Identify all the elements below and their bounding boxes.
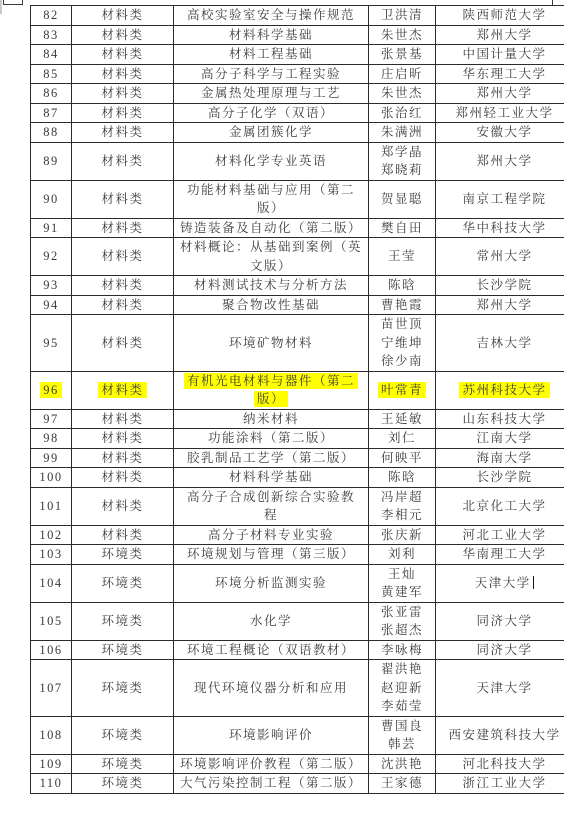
cell-university[interactable]: 华中科技大学	[436, 218, 564, 238]
cell-title[interactable]: 水化学	[174, 602, 369, 640]
cell-line: 同济大学	[438, 612, 564, 631]
cell-category[interactable]: 材料类	[72, 429, 174, 449]
cell-number[interactable]: 110	[31, 774, 72, 794]
cell-text: 常州大学	[476, 249, 532, 263]
cell-number[interactable]: 102	[31, 525, 72, 545]
cell-line: 材料科学基础	[176, 26, 366, 45]
cell-category[interactable]: 材料类	[72, 123, 174, 143]
cell-number[interactable]: 89	[31, 142, 72, 180]
cell-text: 山东科技大学	[462, 412, 546, 426]
cell-line: 101	[33, 497, 69, 516]
cell-text: 材料类	[101, 278, 143, 292]
cell-line: 刘仁	[371, 429, 433, 448]
cell-number[interactable]: 88	[31, 123, 72, 143]
cell-text: 水化学	[250, 614, 292, 628]
cell-text: 101	[39, 499, 62, 513]
cell-category[interactable]: 材料类	[72, 448, 174, 468]
cell-line: 郑州大学	[438, 26, 564, 45]
table-row: 87材料类高分子化学（双语）张治红郑州轻工业大学	[31, 103, 564, 123]
cell-university[interactable]: 河北工业大学	[436, 525, 564, 545]
table-row: 110环境类大气污染控制工程（第二版）王家德浙江工业大学	[31, 774, 564, 794]
cell-text: 材料测试技术与分析方法	[194, 278, 348, 292]
cell-number[interactable]: 82	[31, 6, 72, 26]
cell-line: 材料测试技术与分析方法	[176, 276, 366, 295]
cell-text: 104	[39, 576, 62, 590]
cell-title[interactable]: 铸造装备及自动化（第二版）	[174, 218, 369, 238]
cell-title[interactable]: 环境矿物材料	[174, 315, 369, 372]
cell-line: 陈晗	[371, 468, 433, 487]
cell-text: 铸造装备及自动化（第二版）	[180, 221, 362, 235]
cell-line: 高校实验室安全与操作规范	[176, 6, 366, 25]
cell-line: 李茹莹	[371, 697, 433, 716]
cell-line: 92	[33, 247, 69, 266]
cell-text: 99	[43, 451, 59, 465]
cell-text: 106	[39, 643, 62, 657]
cell-line: 郑州大学	[438, 84, 564, 103]
cell-title[interactable]: 材料化学专业英语	[174, 142, 369, 180]
cell-line: 现代环境仪器分析和应用	[176, 679, 366, 698]
cell-line: 庄启昕	[371, 65, 433, 84]
cell-title[interactable]: 高分子材料专业实验	[174, 525, 369, 545]
cell-text: 材料类	[101, 298, 143, 312]
cell-category[interactable]: 环境类	[72, 774, 174, 794]
cell-university[interactable]: 郑州大学	[436, 84, 564, 104]
cell-category[interactable]: 材料类	[72, 142, 174, 180]
cell-line: 朱满洲	[371, 123, 433, 142]
cell-text: 胶乳制品工艺学（第二版）	[187, 451, 355, 465]
cell-number[interactable]: 83	[31, 25, 72, 45]
cell-authors[interactable]: 沈洪艳	[369, 754, 436, 774]
cell-line: 材料科学基础	[176, 468, 366, 487]
table-row: 100材料类材料科学基础陈晗长沙学院	[31, 468, 564, 488]
cell-number[interactable]: 90	[31, 180, 72, 218]
cell-text: 85	[43, 67, 59, 81]
cell-line: 材料概论：从基础到案例（英	[176, 238, 366, 257]
cell-text: 江南大学	[476, 431, 532, 445]
cell-authors[interactable]: 樊自田	[369, 218, 436, 238]
cell-text: 材料类	[101, 470, 143, 484]
cell-text: 功能材料基础与应用（第二	[187, 183, 355, 197]
cropped-table-remnant-left	[3, 0, 23, 5]
cell-text: 纳米材料	[243, 412, 299, 426]
cell-line: 冯岸超	[371, 488, 433, 507]
cell-line: 陈晗	[371, 276, 433, 295]
cell-university[interactable]: 中国计量大学	[436, 45, 564, 65]
cell-university[interactable]: 南京工程学院	[436, 180, 564, 218]
cell-authors[interactable]: 翟洪艳赵迎新李茹莹	[369, 660, 436, 717]
cell-authors[interactable]: 陈晗	[369, 468, 436, 488]
cell-line: 105	[33, 612, 69, 631]
cell-university[interactable]: 郑州大学	[436, 295, 564, 315]
cell-category[interactable]: 材料类	[72, 276, 174, 296]
cell-line: 铸造装备及自动化（第二版）	[176, 219, 366, 238]
cell-text: 何映平	[381, 451, 423, 465]
cell-category[interactable]: 材料类	[72, 103, 174, 123]
cell-authors[interactable]: 曹国良韩芸	[369, 716, 436, 754]
cell-authors[interactable]: 陈晗	[369, 276, 436, 296]
cell-category[interactable]: 环境类	[72, 545, 174, 565]
cell-number[interactable]: 99	[31, 448, 72, 468]
cell-category[interactable]: 环境类	[72, 640, 174, 660]
cell-title[interactable]: 高分子化学（双语）	[174, 103, 369, 123]
cell-line: 104	[33, 574, 69, 593]
cell-text: 材料科学基础	[229, 470, 313, 484]
cell-university[interactable]: 天津大学	[436, 564, 564, 602]
cell-authors[interactable]: 王灿黄建军	[369, 564, 436, 602]
cell-line: 张景基	[371, 45, 433, 64]
cell-line: 功能涂料（第二版）	[176, 429, 366, 448]
cell-line: 97	[33, 410, 69, 429]
cell-number[interactable]: 86	[31, 84, 72, 104]
cell-text: 环境分析监测实验	[215, 576, 327, 590]
cell-line: 金属团簇化学	[176, 123, 366, 142]
cell-category[interactable]: 材料类	[72, 371, 174, 409]
cell-text: 90	[43, 192, 59, 206]
cell-title[interactable]: 功能材料基础与应用（第二版）	[174, 180, 369, 218]
cell-text: 曹国良	[381, 719, 423, 733]
table-row: 86材料类金属热处理原理与工艺朱世杰郑州大学	[31, 84, 564, 104]
cell-number[interactable]: 85	[31, 64, 72, 84]
cell-university[interactable]: 长沙学院	[436, 276, 564, 296]
cell-authors[interactable]: 王莹	[369, 238, 436, 276]
cell-authors[interactable]: 卫洪清	[369, 6, 436, 26]
cell-text: 功能涂料（第二版）	[208, 431, 334, 445]
cell-line: 83	[33, 26, 69, 45]
cell-university[interactable]: 华东理工大学	[436, 64, 564, 84]
cell-text: 冯岸超	[381, 490, 423, 504]
cell-number[interactable]: 103	[31, 545, 72, 565]
cell-text: 材料类	[101, 154, 143, 168]
cell-category[interactable]: 环境类	[72, 754, 174, 774]
cell-number[interactable]: 97	[31, 409, 72, 429]
cell-category[interactable]: 环境类	[72, 660, 174, 717]
cell-line: 程	[176, 506, 366, 525]
cell-text: 文版）	[250, 259, 292, 273]
cell-line: 张亚雷	[371, 603, 433, 622]
cell-line: 叶常青	[371, 381, 433, 400]
cell-category[interactable]: 材料类	[72, 25, 174, 45]
cell-title[interactable]: 环境规划与管理（第三版）	[174, 545, 369, 565]
cell-authors[interactable]: 郑学晶郑晓莉	[369, 142, 436, 180]
cell-text: 环境类	[101, 576, 143, 590]
cell-text: 环境类	[101, 776, 143, 790]
cell-line: 87	[33, 104, 69, 123]
table-row: 93材料类材料测试技术与分析方法陈晗长沙学院	[31, 276, 564, 296]
cell-line: 聚合物改性基础	[176, 296, 366, 315]
cell-line: 材料工程基础	[176, 45, 366, 64]
cell-text: 材料类	[101, 8, 143, 22]
cell-category[interactable]: 环境类	[72, 602, 174, 640]
cell-line: 苏州科技大学	[438, 381, 564, 400]
cell-line: 材料类	[74, 104, 171, 123]
cell-line: 环境工程概论（双语教材）	[176, 641, 366, 660]
cell-authors[interactable]: 贺显聪	[369, 180, 436, 218]
cell-line: 环境矿物材料	[176, 334, 366, 353]
cell-line: 陕西师范大学	[438, 6, 564, 25]
cell-text: 材料类	[101, 499, 143, 513]
cell-title[interactable]: 高分子合成创新综合实验教程	[174, 487, 369, 525]
cell-title[interactable]: 环境影响评价教程（第二版）	[174, 754, 369, 774]
cell-category[interactable]: 材料类	[72, 315, 174, 372]
cell-category[interactable]: 环境类	[72, 564, 174, 602]
cell-line: 朱世杰	[371, 84, 433, 103]
cell-university[interactable]: 常州大学	[436, 238, 564, 276]
cell-line: 材料类	[74, 190, 171, 209]
cell-title[interactable]: 环境分析监测实验	[174, 564, 369, 602]
cell-line: 环境类	[74, 774, 171, 793]
cell-text: 材料类	[101, 336, 143, 350]
cell-category[interactable]: 材料类	[72, 84, 174, 104]
cell-line: 85	[33, 65, 69, 84]
table-row: 89材料类材料化学专业英语郑学晶郑晓莉郑州大学	[31, 142, 564, 180]
cell-title[interactable]: 环境影响评价	[174, 716, 369, 754]
cell-number[interactable]: 98	[31, 429, 72, 449]
cell-number[interactable]: 93	[31, 276, 72, 296]
cell-number[interactable]: 94	[31, 295, 72, 315]
cell-text: 朱满洲	[381, 125, 423, 139]
cell-title[interactable]: 材料科学基础	[174, 25, 369, 45]
cell-university[interactable]: 郑州轻工业大学	[436, 103, 564, 123]
cell-title[interactable]: 高校实验室安全与操作规范	[174, 6, 369, 26]
cell-category[interactable]: 材料类	[72, 180, 174, 218]
cell-category[interactable]: 材料类	[72, 238, 174, 276]
cell-text: 朱世杰	[381, 28, 423, 42]
cell-text: 材料类	[101, 67, 143, 81]
cell-line: 功能材料基础与应用（第二	[176, 181, 366, 200]
cell-university[interactable]: 苏州科技大学	[436, 371, 564, 409]
cell-university[interactable]: 浙江工业大学	[436, 774, 564, 794]
cell-text: 天津大学	[476, 681, 532, 695]
cell-number[interactable]: 91	[31, 218, 72, 238]
cell-number[interactable]: 87	[31, 103, 72, 123]
table-row: 108环境类环境影响评价曹国良韩芸西安建筑科技大学	[31, 716, 564, 754]
cell-line: 版）	[176, 199, 366, 218]
cell-university[interactable]: 长沙学院	[436, 468, 564, 488]
cell-title[interactable]: 聚合物改性基础	[174, 295, 369, 315]
cell-authors[interactable]: 苗世顶宁维坤徐少南	[369, 315, 436, 372]
page-edge-artifact-bar	[0, 0, 2, 14]
cell-number[interactable]: 92	[31, 238, 72, 276]
cell-text: 材料工程基础	[229, 47, 313, 61]
cell-line: 材料类	[74, 410, 171, 429]
cell-text: 108	[39, 728, 62, 742]
cell-authors[interactable]: 叶常青	[369, 371, 436, 409]
cell-title[interactable]: 有机光电材料与器件（第二版）	[174, 371, 369, 409]
cell-text: 环境类	[101, 728, 143, 742]
cell-number[interactable]: 95	[31, 315, 72, 372]
cell-title[interactable]: 纳米材料	[174, 409, 369, 429]
cell-text: 97	[43, 412, 59, 426]
cell-text: 朱世杰	[381, 86, 423, 100]
cell-number[interactable]: 101	[31, 487, 72, 525]
cell-title[interactable]: 金属团簇化学	[174, 123, 369, 143]
cell-line: 环境类	[74, 612, 171, 631]
cell-university[interactable]: 江南大学	[436, 429, 564, 449]
cell-line: 106	[33, 641, 69, 660]
cell-university[interactable]: 山东科技大学	[436, 409, 564, 429]
cell-authors[interactable]: 冯岸超李相元	[369, 487, 436, 525]
cell-line: 刘利	[371, 545, 433, 564]
cell-line: 110	[33, 774, 69, 793]
cell-number[interactable]: 106	[31, 640, 72, 660]
cell-text: 曹艳霞	[381, 298, 423, 312]
cell-number[interactable]: 84	[31, 45, 72, 65]
cell-title[interactable]: 胶乳制品工艺学（第二版）	[174, 448, 369, 468]
cell-university[interactable]: 河北科技大学	[436, 754, 564, 774]
cell-university[interactable]: 同济大学	[436, 602, 564, 640]
cell-line: 环境分析监测实验	[176, 574, 366, 593]
cell-line: 100	[33, 468, 69, 487]
cell-category[interactable]: 材料类	[72, 6, 174, 26]
cell-university[interactable]: 安徽大学	[436, 123, 564, 143]
cell-title[interactable]: 大气污染控制工程（第二版）	[174, 774, 369, 794]
table-row: 91材料类铸造装备及自动化（第二版）樊自田华中科技大学	[31, 218, 564, 238]
cell-authors[interactable]: 王延敏	[369, 409, 436, 429]
cell-line: 天津大学	[438, 574, 564, 593]
cell-number[interactable]: 104	[31, 564, 72, 602]
cell-line: 91	[33, 219, 69, 238]
cell-line: 华中科技大学	[438, 219, 564, 238]
cell-line: 华南理工大学	[438, 545, 564, 564]
cell-line: 环境类	[74, 755, 171, 774]
cell-text: 郑州大学	[476, 86, 532, 100]
cell-text: 刘利	[388, 547, 416, 561]
cell-title[interactable]: 材料工程基础	[174, 45, 369, 65]
cell-line: 朱世杰	[371, 26, 433, 45]
cell-line: 88	[33, 123, 69, 142]
cell-title[interactable]: 金属热处理原理与工艺	[174, 84, 369, 104]
cell-line: 樊自田	[371, 219, 433, 238]
cell-number[interactable]: 105	[31, 602, 72, 640]
cell-university[interactable]: 海南大学	[436, 448, 564, 468]
table-body: 82材料类高校实验室安全与操作规范卫洪清陕西师范大学83材料类材料科学基础朱世杰…	[31, 6, 564, 794]
cell-text: 材料类	[101, 125, 143, 139]
cell-authors[interactable]: 张庆新	[369, 525, 436, 545]
cell-university[interactable]: 西安建筑科技大学	[436, 716, 564, 754]
cell-category[interactable]: 环境类	[72, 716, 174, 754]
cell-university[interactable]: 华南理工大学	[436, 545, 564, 565]
cell-line: 常州大学	[438, 247, 564, 266]
cell-authors[interactable]: 张亚雷张超杰	[369, 602, 436, 640]
cell-text: 海南大学	[476, 451, 532, 465]
cell-line: 107	[33, 679, 69, 698]
cell-text: 102	[39, 528, 62, 542]
cell-text: 张亚雷	[381, 605, 423, 619]
cell-university[interactable]: 陕西师范大学	[436, 6, 564, 26]
cell-number[interactable]: 107	[31, 660, 72, 717]
cell-authors[interactable]: 何映平	[369, 448, 436, 468]
cell-text: 樊自田	[381, 221, 423, 235]
cell-text: 材料类	[101, 528, 143, 542]
cell-line: 环境类	[74, 641, 171, 660]
cell-category[interactable]: 材料类	[72, 218, 174, 238]
cell-authors[interactable]: 朱满洲	[369, 123, 436, 143]
cell-authors[interactable]: 李咏梅	[369, 640, 436, 660]
cell-university[interactable]: 北京化工大学	[436, 487, 564, 525]
cell-authors[interactable]: 朱世杰	[369, 25, 436, 45]
cell-text: 郑学晶	[381, 145, 423, 159]
cell-title[interactable]: 高分子科学与工程实验	[174, 64, 369, 84]
cell-text: 高分子合成创新综合实验教	[187, 490, 355, 504]
cell-authors[interactable]: 庄启昕	[369, 64, 436, 84]
cell-text: 环境影响评价教程（第二版）	[180, 757, 362, 771]
cell-category[interactable]: 材料类	[72, 64, 174, 84]
cell-authors[interactable]: 刘利	[369, 545, 436, 565]
cell-line: 浙江工业大学	[438, 774, 564, 793]
cell-university[interactable]: 同济大学	[436, 640, 564, 660]
cell-line: 108	[33, 726, 69, 745]
cell-text: 环境类	[101, 681, 143, 695]
cell-number[interactable]: 109	[31, 754, 72, 774]
cell-line: 材料类	[74, 526, 171, 545]
cell-line: 95	[33, 334, 69, 353]
cell-authors[interactable]: 曹艳霞	[369, 295, 436, 315]
cell-category[interactable]: 材料类	[72, 468, 174, 488]
cell-authors[interactable]: 朱世杰	[369, 84, 436, 104]
cell-title[interactable]: 功能涂料（第二版）	[174, 429, 369, 449]
cell-line: 高分子合成创新综合实验教	[176, 488, 366, 507]
table-row: 109环境类环境影响评价教程（第二版）沈洪艳河北科技大学	[31, 754, 564, 774]
table-row: 104环境类环境分析监测实验王灿黄建军天津大学	[31, 564, 564, 602]
cell-authors[interactable]: 张景基	[369, 45, 436, 65]
cell-line: 赵迎新	[371, 679, 433, 698]
cell-text: 83	[43, 28, 59, 42]
cell-category[interactable]: 材料类	[72, 409, 174, 429]
cell-category[interactable]: 材料类	[72, 487, 174, 525]
cell-line: 郑州大学	[438, 152, 564, 171]
cell-text: 安徽大学	[476, 125, 532, 139]
cell-text: 84	[43, 47, 59, 61]
cell-line: 89	[33, 152, 69, 171]
cell-text: 高校实验室安全与操作规范	[187, 8, 355, 22]
cell-line: 环境类	[74, 574, 171, 593]
cell-university[interactable]: 郑州大学	[436, 25, 564, 45]
cell-category[interactable]: 材料类	[72, 45, 174, 65]
cell-number[interactable]: 108	[31, 716, 72, 754]
cell-number[interactable]: 96	[31, 371, 72, 409]
cell-text: 大气污染控制工程（第二版）	[180, 776, 362, 790]
table-container: 82材料类高校实验室安全与操作规范卫洪清陕西师范大学83材料类材料科学基础朱世杰…	[30, 5, 564, 794]
cell-line: 张治红	[371, 104, 433, 123]
cell-title[interactable]: 环境工程概论（双语教材）	[174, 640, 369, 660]
cell-title[interactable]: 材料测试技术与分析方法	[174, 276, 369, 296]
cell-university[interactable]: 天津大学	[436, 660, 564, 717]
cell-university[interactable]: 吉林大学	[436, 315, 564, 372]
cell-text: 109	[39, 757, 62, 771]
cell-text: 李相元	[381, 508, 423, 522]
cell-line: 华东理工大学	[438, 65, 564, 84]
cell-line: 北京化工大学	[438, 497, 564, 516]
cell-line: 李相元	[371, 506, 433, 525]
cell-authors[interactable]: 张治红	[369, 103, 436, 123]
cell-title[interactable]: 材料概论：从基础到案例（英文版）	[174, 238, 369, 276]
cell-line: 郑州大学	[438, 296, 564, 315]
cell-line: 材料类	[74, 45, 171, 64]
cell-university[interactable]: 郑州大学	[436, 142, 564, 180]
cell-authors[interactable]: 刘仁	[369, 429, 436, 449]
cell-title[interactable]: 现代环境仪器分析和应用	[174, 660, 369, 717]
cell-title[interactable]: 材料科学基础	[174, 468, 369, 488]
cell-text: 材料类	[101, 221, 143, 235]
cell-authors[interactable]: 王家德	[369, 774, 436, 794]
cell-text: 李茹莹	[381, 699, 423, 713]
cell-line: 93	[33, 276, 69, 295]
cell-category[interactable]: 材料类	[72, 525, 174, 545]
cell-number[interactable]: 100	[31, 468, 72, 488]
cell-category[interactable]: 材料类	[72, 295, 174, 315]
cell-text: 94	[43, 298, 59, 312]
cell-line: 黄建军	[371, 583, 433, 602]
